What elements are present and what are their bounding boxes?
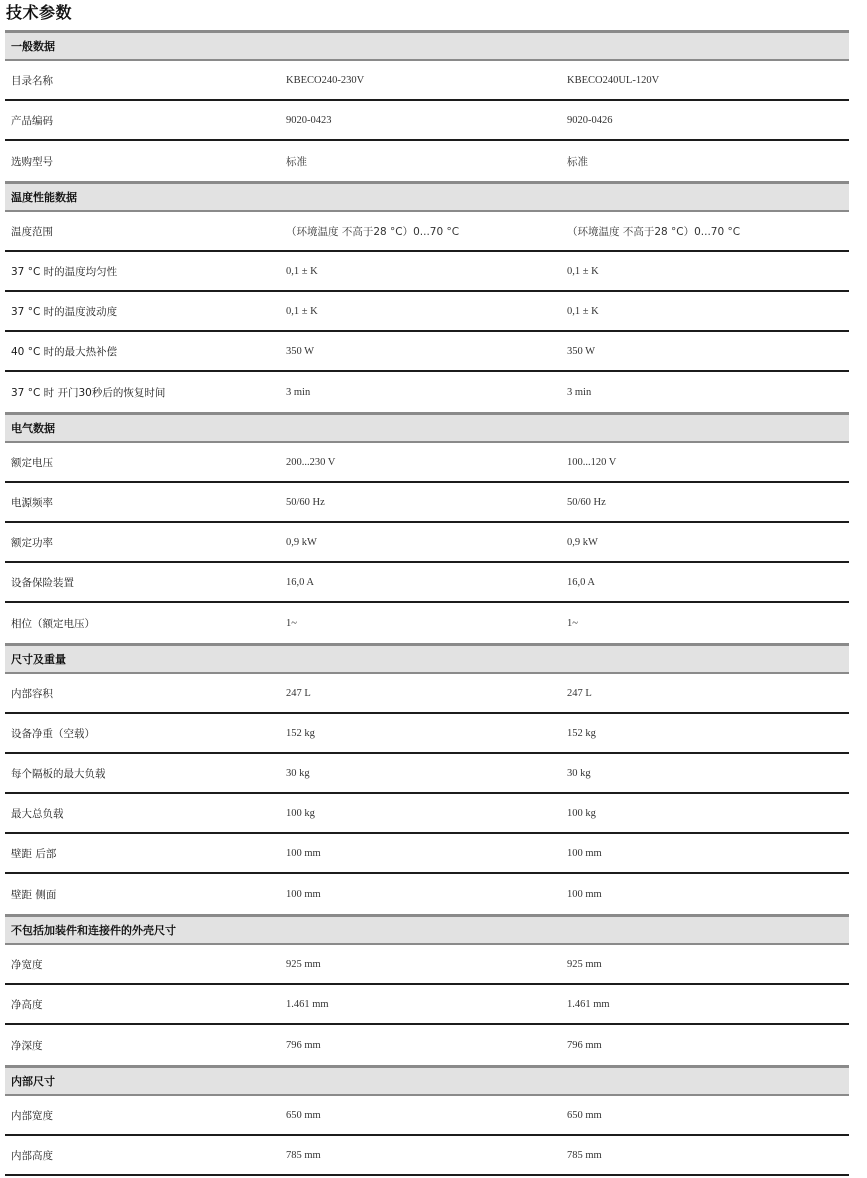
table-row: 壁距 后部 100 mm 100 mm [5, 834, 849, 874]
table-row: 40 °C 时的最大热补偿 350 W 350 W [5, 332, 849, 372]
row-label: 温度范围 [5, 224, 286, 239]
row-label: 40 °C 时的最大热补偿 [5, 344, 286, 359]
value-model-1: 16,0 A [286, 577, 567, 588]
value-model-2: （环境温度 不高于28 °C）0...70 °C [567, 224, 849, 239]
table-row: 壁距 侧面 100 mm 100 mm [5, 874, 849, 914]
row-label: 额定电压 [5, 455, 286, 470]
value-model-1: 100 mm [286, 848, 567, 859]
section-header-interior-dimensions: 内部尺寸 [5, 1065, 849, 1096]
table-row: 产品编码 9020-0423 9020-0426 [5, 101, 849, 141]
table-row: 电源频率 50/60 Hz 50/60 Hz [5, 483, 849, 523]
value-model-1: 650 mm [286, 1110, 567, 1121]
value-model-2: 796 mm [567, 1040, 849, 1051]
value-model-1: 796 mm [286, 1040, 567, 1051]
section-header-dimensions-weight: 尺寸及重量 [5, 643, 849, 674]
value-model-1: 785 mm [286, 1150, 567, 1161]
value-model-2: 0,9 kW [567, 537, 849, 548]
value-model-2: 100 mm [567, 848, 849, 859]
table-row: 内部高度 785 mm 785 mm [5, 1136, 849, 1176]
value-model-2: 0,1 ± K [567, 306, 849, 317]
value-model-2: 350 W [567, 346, 849, 357]
value-model-1: 247 L [286, 688, 567, 699]
value-model-2: KBECO240UL-120V [567, 75, 849, 86]
table-row: 37 °C 时的温度均匀性 0,1 ± K 0,1 ± K [5, 252, 849, 292]
value-model-2: 3 min [567, 387, 849, 398]
value-model-1: 0,1 ± K [286, 266, 567, 277]
value-model-2: 152 kg [567, 728, 849, 739]
value-model-1: 50/60 Hz [286, 497, 567, 508]
section-header-general: 一般数据 [5, 30, 849, 61]
table-row: 每个隔板的最大负载 30 kg 30 kg [5, 754, 849, 794]
row-label: 内部容积 [5, 686, 286, 701]
table-row: 内部容积 247 L 247 L [5, 674, 849, 714]
table-row: 净宽度 925 mm 925 mm [5, 945, 849, 985]
page-title: 技术参数 [6, 2, 72, 24]
row-label: 净宽度 [5, 957, 286, 972]
value-model-1: 925 mm [286, 959, 567, 970]
row-label: 37 °C 时的温度均匀性 [5, 264, 286, 279]
table-row: 额定功率 0,9 kW 0,9 kW [5, 523, 849, 563]
value-model-1: 0,1 ± K [286, 306, 567, 317]
row-label: 目录名称 [5, 73, 286, 88]
value-model-1: 100 mm [286, 889, 567, 900]
value-model-1: 30 kg [286, 768, 567, 779]
row-label: 产品编码 [5, 113, 286, 128]
value-model-1: 0,9 kW [286, 537, 567, 548]
table-row: 相位（额定电压） 1~ 1~ [5, 603, 849, 643]
value-model-1: 200...230 V [286, 457, 567, 468]
value-model-1: 3 min [286, 387, 567, 398]
spec-table: 一般数据 目录名称 KBECO240-230V KBECO240UL-120V … [5, 30, 849, 1176]
table-row: 净高度 1.461 mm 1.461 mm [5, 985, 849, 1025]
value-model-2: 925 mm [567, 959, 849, 970]
section-header-temperature: 温度性能数据 [5, 181, 849, 212]
row-label: 内部宽度 [5, 1108, 286, 1123]
value-model-1: 1.461 mm [286, 999, 567, 1010]
row-label: 最大总负载 [5, 806, 286, 821]
value-model-2: 100 kg [567, 808, 849, 819]
value-model-1: 152 kg [286, 728, 567, 739]
section-header-housing-dimensions: 不包括加装件和连接件的外壳尺寸 [5, 914, 849, 945]
value-model-1: 9020-0423 [286, 115, 567, 126]
row-label: 壁距 侧面 [5, 887, 286, 902]
row-label: 每个隔板的最大负载 [5, 766, 286, 781]
value-model-2: 标准 [567, 154, 849, 169]
row-label: 电源频率 [5, 495, 286, 510]
value-model-1: （环境温度 不高于28 °C）0...70 °C [286, 224, 567, 239]
value-model-1: 标准 [286, 154, 567, 169]
value-model-2: 9020-0426 [567, 115, 849, 126]
section-header-electrical: 电气数据 [5, 412, 849, 443]
table-row: 目录名称 KBECO240-230V KBECO240UL-120V [5, 61, 849, 101]
value-model-2: 100 mm [567, 889, 849, 900]
table-row: 37 °C 时的温度波动度 0,1 ± K 0,1 ± K [5, 292, 849, 332]
value-model-2: 785 mm [567, 1150, 849, 1161]
value-model-2: 16,0 A [567, 577, 849, 588]
row-label: 额定功率 [5, 535, 286, 550]
row-label: 37 °C 时的温度波动度 [5, 304, 286, 319]
value-model-2: 650 mm [567, 1110, 849, 1121]
value-model-1: 1~ [286, 618, 567, 629]
table-row: 温度范围 （环境温度 不高于28 °C）0...70 °C （环境温度 不高于2… [5, 212, 849, 252]
table-row: 最大总负载 100 kg 100 kg [5, 794, 849, 834]
table-row: 内部宽度 650 mm 650 mm [5, 1096, 849, 1136]
table-row: 37 °C 时 开门30秒后的恢复时间 3 min 3 min [5, 372, 849, 412]
table-row: 设备净重（空载） 152 kg 152 kg [5, 714, 849, 754]
row-label: 37 °C 时 开门30秒后的恢复时间 [5, 385, 286, 400]
value-model-2: 247 L [567, 688, 849, 699]
value-model-2: 50/60 Hz [567, 497, 849, 508]
value-model-1: 350 W [286, 346, 567, 357]
table-row: 额定电压 200...230 V 100...120 V [5, 443, 849, 483]
row-label: 选购型号 [5, 154, 286, 169]
row-label: 净高度 [5, 997, 286, 1012]
value-model-2: 100...120 V [567, 457, 849, 468]
value-model-1: KBECO240-230V [286, 75, 567, 86]
value-model-2: 1.461 mm [567, 999, 849, 1010]
table-row: 选购型号 标准 标准 [5, 141, 849, 181]
value-model-1: 100 kg [286, 808, 567, 819]
row-label: 设备净重（空载） [5, 726, 286, 741]
row-label: 壁距 后部 [5, 846, 286, 861]
row-label: 相位（额定电压） [5, 616, 286, 631]
row-label: 内部高度 [5, 1148, 286, 1163]
table-row: 设备保险装置 16,0 A 16,0 A [5, 563, 849, 603]
table-row: 净深度 796 mm 796 mm [5, 1025, 849, 1065]
value-model-2: 30 kg [567, 768, 849, 779]
row-label: 净深度 [5, 1038, 286, 1053]
value-model-2: 0,1 ± K [567, 266, 849, 277]
row-label: 设备保险装置 [5, 575, 286, 590]
value-model-2: 1~ [567, 618, 849, 629]
